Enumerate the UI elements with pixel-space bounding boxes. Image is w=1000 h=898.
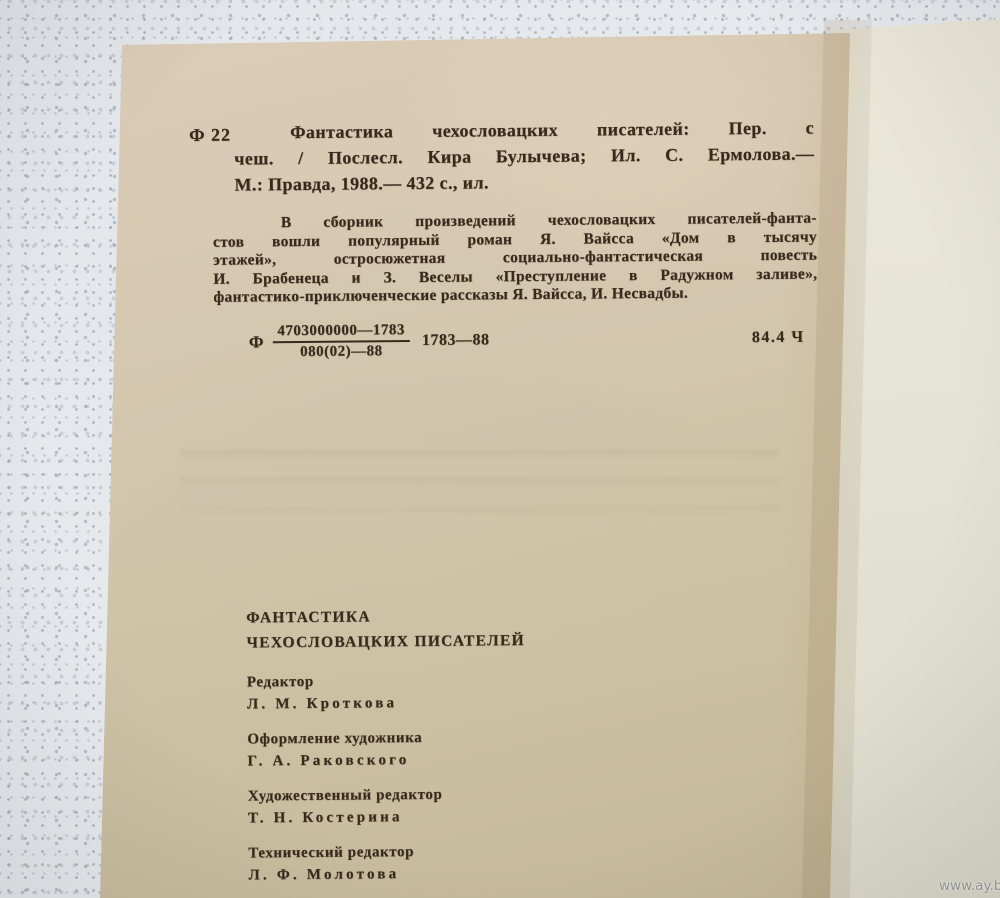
bib-line: М.: Правда, 1988.— 432 с., ил.: [234, 167, 814, 198]
credit-entry: Оформление художника Г. А. Раковского: [247, 727, 442, 774]
catalog-fraction-numerator: 4703000000—1783: [272, 321, 410, 343]
credit-role: Художественный редактор: [248, 784, 443, 808]
catalog-letter: Ф: [249, 332, 264, 352]
annotation-line: фантастико-приключенческие рассказы Я. В…: [213, 284, 817, 308]
watermark-text: www.ay.by: [939, 878, 1000, 894]
bibliographic-entry: Фантастика чехословацких писателей: Пер.…: [234, 115, 815, 198]
book-title-line: ФАНТАСТИКА: [246, 604, 525, 631]
catalog-number-block: Ф 4703000000—1783 080(02)—88 1783—88: [249, 320, 490, 362]
book-page-photo: Ф 22 Фантастика чехословацких писателей:…: [0, 0, 1000, 898]
credit-entry: Художественный редактор Т. Н. Костерина: [248, 784, 443, 831]
credit-name: Т. Н. Костерина: [248, 806, 443, 831]
credit-entry: Редактор Л. М. Кроткова: [247, 670, 442, 717]
credit-entry: Технический редактор Л. Ф. Молотова: [248, 841, 443, 888]
printed-content: Ф 22 Фантастика чехословацких писателей:…: [0, 0, 1000, 898]
catalog-suffix: 1783—88: [422, 331, 490, 350]
book-title-line: ЧЕХОСЛОВАЦКИХ ПИСАТЕЛЕЙ: [246, 629, 525, 656]
book-title: ФАНТАСТИКА ЧЕХОСЛОВАЦКИХ ПИСАТЕЛЕЙ: [246, 604, 525, 655]
catalog-fraction-denominator: 080(02)—88: [272, 342, 410, 362]
annotation-paragraph: В сборник произведений чехословацких пис…: [213, 209, 818, 307]
credit-role: Оформление художника: [247, 727, 442, 751]
credit-name: Л. Ф. Молотова: [248, 863, 443, 888]
credit-role: Редактор: [247, 670, 442, 694]
bib-line: чеш. / Послесл. Кира Булычева; Ил. С. Ер…: [234, 141, 814, 172]
credit-role: Технический редактор: [248, 841, 443, 865]
credits-block: Редактор Л. М. Кроткова Оформление худож…: [247, 670, 444, 898]
catalog-index-label: Ф 22: [189, 122, 231, 148]
credit-name: Г. А. Раковского: [247, 749, 442, 774]
bbk-code: 84.4 Ч: [752, 329, 805, 347]
credit-name: Л. М. Кроткова: [247, 692, 442, 717]
catalog-fraction: 4703000000—1783 080(02)—88: [272, 321, 410, 362]
